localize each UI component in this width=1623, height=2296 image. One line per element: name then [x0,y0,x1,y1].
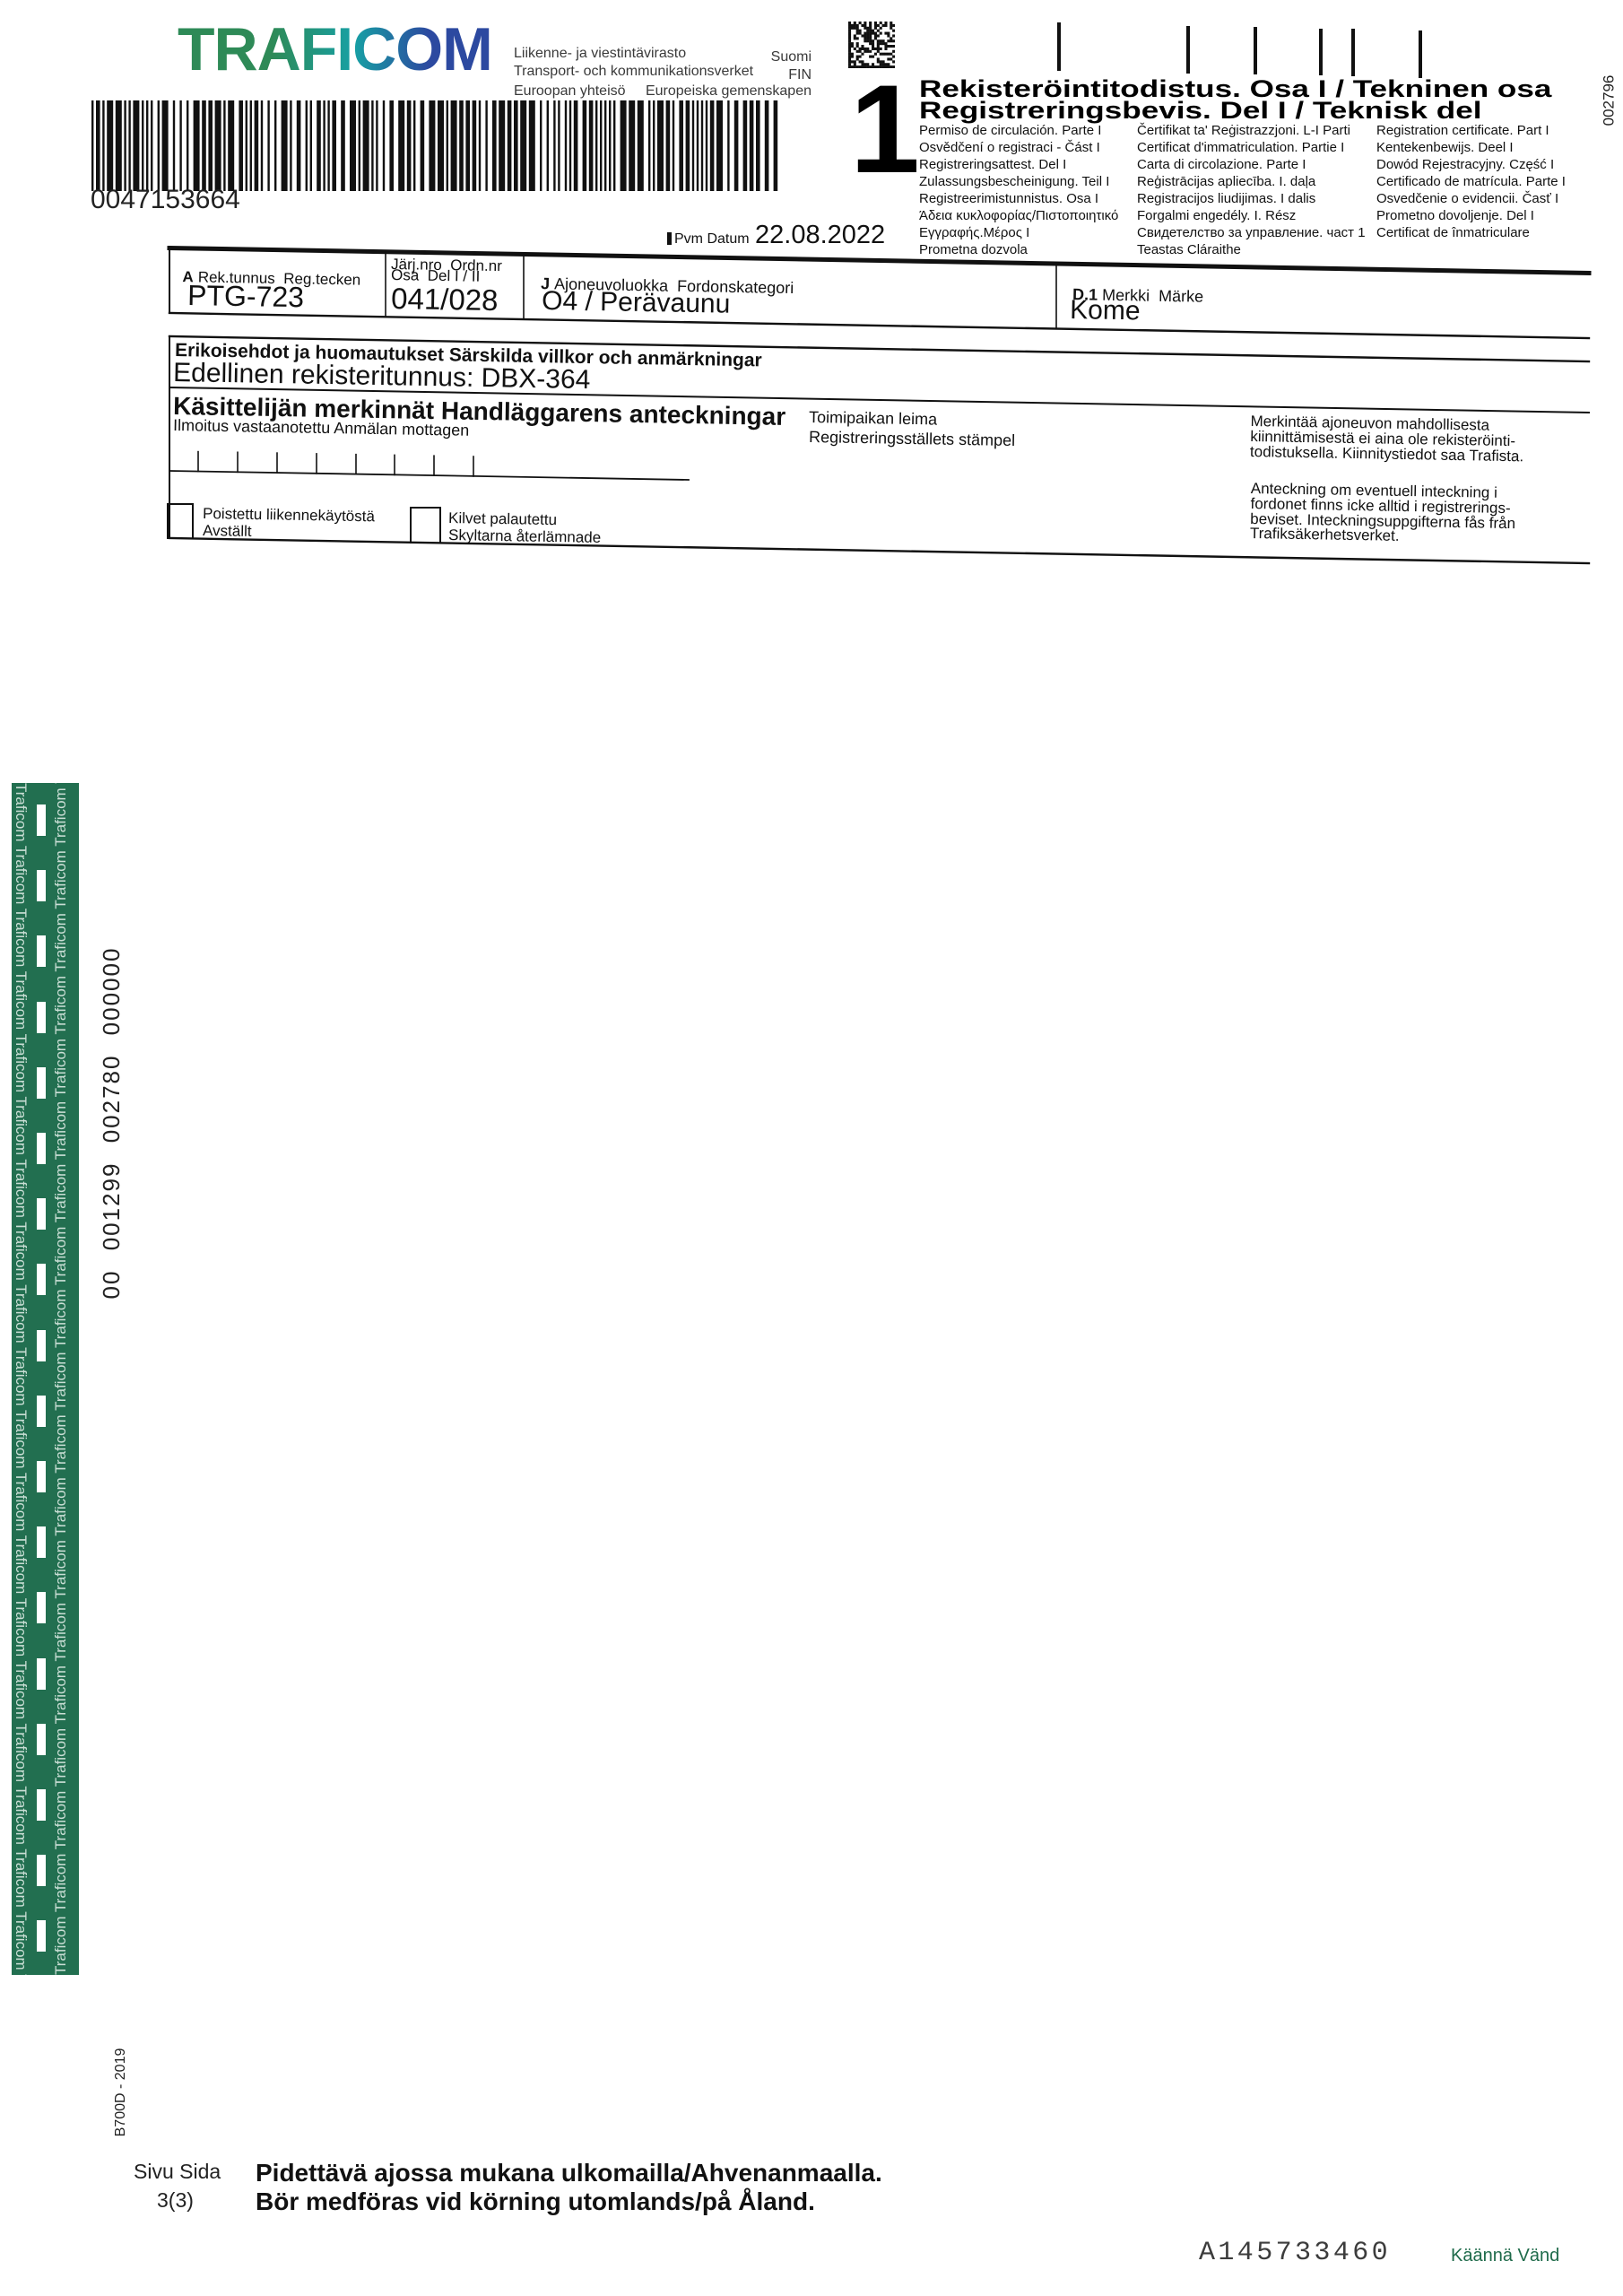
deregistered-label-fi: Poistettu liikennekäytöstä [203,506,375,524]
strip-dash [37,1920,46,1952]
stamp-label-fi: Toimipaikan leima [809,409,937,427]
strip-dash [37,1067,46,1099]
make-value: Kome [1070,297,1141,325]
turn-page-label: Käännä Vänd [1451,2247,1559,2265]
strip-brand-text: Traficom Traficom Traficom Traficom Traf… [12,783,30,1975]
strip-brand-text: Traficom Traficom Traficom Traficom Traf… [51,783,71,1975]
registration-number: PTG-723 [187,281,304,311]
strip-dash [37,804,46,836]
deregistered-label-sv: Avställt [203,523,252,539]
notice-sv: Bör medföras vid körning utomlands/på Ål… [256,2189,815,2214]
page-number: 3(3) [157,2190,194,2211]
deregistered-checkbox [168,504,193,538]
security-strip: Traficom Traficom Traficom Traficom Traf… [12,783,79,1975]
lien-note-fi: Merkintää ajoneuvon mahdollisesta kiinni… [1250,414,1524,465]
order-number-value: 041/028 [391,283,499,315]
strip-dash [37,1461,46,1492]
page-label: Sivu Sida [134,2161,221,2182]
strip-dash [37,1198,46,1230]
serial-number-vertical: 00 001299 002780 000000 [100,947,123,1300]
document-number: A145733460 [1199,2239,1391,2266]
strip-dash [37,870,46,901]
strip-dash [37,1330,46,1361]
strip-dash [37,1592,46,1623]
strip-dash [37,1658,46,1690]
strip-dash [37,1789,46,1821]
plates-returned-label-fi: Kilvet palautettu [448,510,557,527]
strip-dash [37,1396,46,1427]
lien-note-sv: Anteckning om eventuell inteckning i for… [1250,482,1516,546]
stamp-label-sv: Registreringsställets stämpel [809,429,1015,448]
plates-returned-checkbox [411,508,440,543]
strip-dash [37,935,46,967]
strip-dash [37,1002,46,1033]
strip-dash [37,1264,46,1295]
strip-dash [37,1724,46,1755]
strip-dash [37,1133,46,1164]
category-value: O4 / Perävaunu [542,288,731,318]
notice-fi: Pidettävä ajossa mukana ulkomailla/Ahven… [256,2161,882,2186]
strip-dash [37,1526,46,1558]
plates-returned-label-sv: Skyltarna återlämnade [448,527,601,545]
form-code: B700D - 2019 [114,2048,128,2137]
strip-dash [37,1855,46,1886]
